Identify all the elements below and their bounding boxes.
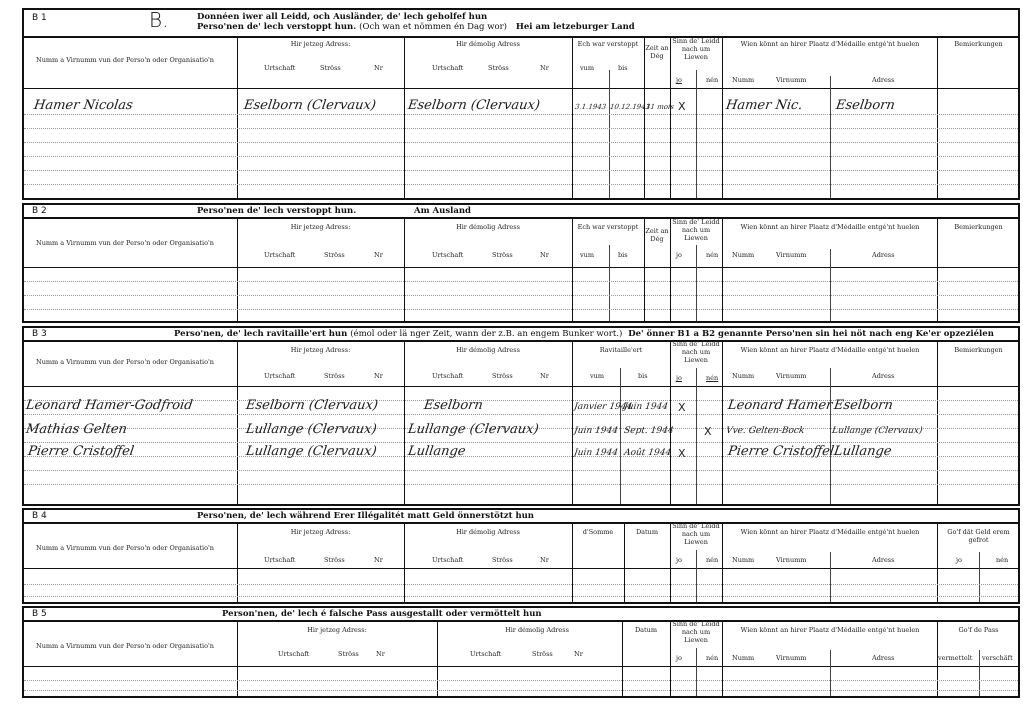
header-period: Ech war verstoppt [572,40,644,48]
title-text: Perso'nen, de' lech ravitaille'ert hun [174,329,347,339]
ruled-line [24,690,1018,691]
section-b3: B 3 Perso'nen, de' lech ravitaille'ert h… [22,326,1020,506]
entry-medal-address: Lullange [833,444,893,459]
ruled-line [24,680,1018,681]
header-nr: Nr [540,64,549,72]
header-vum: vum [580,251,594,259]
entry-medal-name: Leonard Hamer [727,398,833,413]
divider [670,36,671,198]
divider [622,620,623,696]
title-note: (Och wan et nömmen én Dag wor) [359,22,507,32]
ruled-line [24,414,1018,415]
divider [644,36,645,198]
header-nen: nén [706,654,718,662]
entry-former-address: Eselborn (Clervaux) [407,98,541,113]
header-medal: Wien könnt an hirer Plaatz d'Médaille en… [724,528,936,536]
header-urtschaft: Urtschaft [432,64,463,72]
divider [722,36,723,198]
divider [572,340,573,504]
header-nr: Nr [540,251,549,259]
entry-name: Hamer Nicolas [33,98,134,113]
divider [670,522,671,602]
header-bis: bis [618,251,628,259]
divider [722,620,723,696]
entry-current-address: Eselborn (Clervaux) [245,398,379,413]
entry-former-address: Lullange (Clervaux) [407,422,540,437]
section-code: B 2 [32,206,47,216]
entry-former-address: Lullange [407,444,467,459]
header-zeit: Zeit an Dég [645,44,669,60]
header-nr: Nr [374,556,383,564]
entry-alive-jo: X [678,401,686,414]
section-b4: B 4 Perso'nen, de' lech während Erer Ill… [22,508,1020,604]
section-code: B 4 [32,511,47,521]
header-former-address: Hir démolig Adress [404,346,572,354]
header-nen: nén [706,556,718,564]
divider [830,249,831,321]
header-vum: vum [590,372,604,380]
divider [24,568,1018,569]
header-jo: jo [676,251,682,259]
divider [937,217,938,321]
divider [624,522,625,602]
divider [696,648,697,696]
section-code: B 1 [32,13,47,23]
entry-medal-name: Pierre Cristoffel [727,444,835,459]
header-medal: Wien könnt an hirer Plaatz d'Médaille en… [724,346,936,354]
entry-medal-name: Hamer Nic. [725,98,804,113]
header-name: Numm a Virnumm vun der Perso'n oder Orga… [36,358,214,366]
header-virnumm: Virnumm [776,654,806,662]
header-urtschaft: Urtschaft [432,372,463,380]
header-current-address: Hir jetzeg Adress: [237,528,404,536]
header-virnumm: Virnumm [776,556,806,564]
divider [404,36,405,198]
title-location: Am Ausland [414,206,471,216]
header-alive: Sinn de' Leidd nach um Liewen [670,37,722,61]
header-bis: bis [618,64,628,72]
header-alive: Sinn de' Leidd nach um Liewen [670,522,722,546]
header-virnumm: Virnumm [776,251,806,259]
ruled-line [24,309,1018,310]
ruled-line [24,142,1018,143]
entry-former-address: Eselborn [423,398,484,413]
header-jo: jo [956,556,962,564]
header-remarks: Bemierkungen [937,346,1020,354]
header-nr: Nr [374,64,383,72]
header-vum: vum [580,64,594,72]
header-jo: jo [676,556,682,564]
header-stross: Ströss [324,251,345,259]
divider [979,552,980,602]
header-numm: Numm [732,556,754,564]
header-alive: Sinn de' Leidd nach um Liewen [670,340,722,364]
entry-medal-address: Lullange (Clervaux) [831,426,923,436]
header-nr: Nr [376,650,385,658]
header-nr: Nr [574,650,583,658]
header-nr: Nr [540,556,549,564]
header-adress: Adress [872,556,894,564]
header-nr: Nr [374,251,383,259]
divider [24,88,1018,89]
entry-bis: Juin 1944 [623,402,668,412]
entry-current-address: Eselborn (Clervaux) [243,98,377,113]
header-urtschaft: Urtschaft [264,372,295,380]
header-nr: Nr [540,372,549,380]
divider [572,36,573,198]
entry-bis: Sept. 1944 [623,426,674,436]
header-adress: Adress [872,251,894,259]
b2-header: Numm a Virnumm vun der Perso'n oder Orga… [24,217,1018,269]
header-medal: Wien könnt an hirer Plaatz d'Médaille en… [724,40,936,48]
header-urtschaft: Urtschaft [432,556,463,564]
header-medal: Wien könnt an hirer Plaatz d'Médaille en… [724,223,936,231]
header-zeit: Zeit an Dég [645,227,669,243]
entry-name: Leonard Hamer-Godfroid [25,398,194,413]
header-numm: Numm [732,372,754,380]
ruled-line [24,114,1018,115]
b4-header: Numm a Virnumm vun der Perso'n oder Orga… [24,522,1018,574]
header-name: Numm a Virnumm vun der Perso'n oder Orga… [36,239,214,247]
divider [937,36,938,198]
header-virnumm: Virnumm [776,76,806,84]
ruled-line [24,470,1018,471]
divider [644,217,645,321]
entry-current-address: Lullange (Clervaux) [245,444,378,459]
b1-header: Numm a Virnumm vun der Perso'n oder Orga… [24,36,1018,88]
header-nr: Nr [374,372,383,380]
entry-medal-address: Eselborn [833,398,894,413]
header-virnumm: Virnumm [776,372,806,380]
entry-alive-jo: X [678,447,686,460]
entry-vum: Juin 1944 [573,426,618,436]
header-former-address: Hir démolig Adress [404,528,572,536]
ruled-line [24,128,1018,129]
header-urtschaft: Urtschaft [264,251,295,259]
header-stross: Ströss [488,64,509,72]
divider [830,552,831,602]
divider [937,620,938,696]
divider [937,340,938,504]
header-pass: Go'f de Pass [937,626,1020,634]
divider [237,620,238,696]
divider [830,76,831,198]
entry-current-address: Lullange (Clervaux) [245,422,378,437]
ruled-line [24,184,1018,185]
section-code: B 3 [32,329,47,339]
header-alive: Sinn de' Leidd nach um Liewen [670,620,722,644]
section-title: Perso'nen de' lech verstoppt hun. [197,206,356,216]
header-sum: d'Somme [572,528,624,536]
section-b1-title-row: B 1 B. Donnéen iwer all Leidd, och Auslä… [24,10,1018,38]
entry-vum: 3.1.1943 [574,103,606,111]
b3-header: Numm a Virnumm vun der Perso'n oder Orga… [24,340,1018,386]
header-nen: nén [706,374,718,382]
header-current-address: Hir jetzeg Adress: [237,223,404,231]
divider [24,267,1018,268]
header-urtschaft: Urtschaft [432,251,463,259]
header-current-address: Hir jetzeg Adress: [237,626,437,634]
entry-vum: Juin 1944 [573,448,618,458]
header-remarks: Bemierkungen [937,223,1020,231]
section-title: Perso'nen, de' lech ravitaille'ert hun (… [174,329,994,339]
header-urtschaft: Urtschaft [264,556,295,564]
divider [404,340,405,504]
header-stross: Ströss [492,251,513,259]
header-numm: Numm [732,251,754,259]
entry-alive-nen: X [704,425,712,438]
divider [437,620,438,696]
header-jo: jo [676,374,682,382]
header-stross: Ströss [492,372,513,380]
divider [722,217,723,321]
header-urtschaft: Urtschaft [264,64,295,72]
title-line2-text: Perso'nen de' lech verstoppt hun. [197,22,356,32]
header-alive: Sinn de' Leidd nach um Liewen [670,218,722,242]
header-stross: Ströss [492,556,513,564]
divider [670,620,671,696]
header-bis: bis [638,372,648,380]
ruled-line [24,295,1018,296]
ruled-line [24,156,1018,157]
section-title: Perso'nen, de' lech während Erer Illégal… [197,511,534,521]
header-nen: nén [706,251,718,259]
title-note: (émol oder lä nger Zeit, wann der z.B. a… [350,329,622,339]
divider [404,217,405,321]
divider [404,522,405,602]
entry-bis: Août 1944 [623,448,672,458]
entry-medal-address: Eselborn [835,98,896,113]
divider [572,522,573,602]
header-nen: nén [996,556,1008,564]
header-stross: Ströss [324,372,345,380]
header-period: Ravitaille'ert [572,346,670,354]
entry-name: Pierre Cristoffel [27,444,135,459]
ruled-line [24,170,1018,171]
header-name: Numm a Virnumm vun der Perso'n oder Orga… [36,642,214,650]
header-nen: nén [706,76,718,84]
header-former-address: Hir démolig Adress [404,40,572,48]
header-verschaft: verschäft [982,654,1013,662]
divider [670,217,671,321]
header-name: Numm a Virnumm vun der Perso'n oder Orga… [36,56,214,64]
divider [237,522,238,602]
header-medal: Wien könnt an hirer Plaatz d'Médaille en… [724,626,936,634]
header-current-address: Hir jetzeg Adress: [237,40,404,48]
header-numm: Numm [732,654,754,662]
divider [24,386,1018,387]
title-extra: De' önner B1 a B2 genannte Perso'nen sin… [628,329,994,339]
header-adress: Adress [872,654,894,662]
entry-medal-name: Vve. Gelten-Bock [725,426,805,436]
divider [24,666,1018,667]
entry-alive-jo: X [678,100,686,113]
header-urtschaft: Urtschaft [470,650,501,658]
header-current-address: Hir jetzeg Adress: [237,346,404,354]
divider [722,522,723,602]
header-former-address: Hir démolig Adress [437,626,637,634]
ruled-line [24,584,1018,585]
header-urtschaft: Urtschaft [278,650,309,658]
header-adress: Adress [872,372,894,380]
header-datum: Datum [624,528,670,536]
divider [696,550,697,602]
title-location: Hei am letzeburger Land [516,22,635,32]
header-adress: Adress [872,76,894,84]
header-name: Numm a Virnumm vun der Perso'n oder Orga… [36,544,214,552]
ruled-line [24,281,1018,282]
header-vermettelt: vermettelt [938,654,972,662]
entry-name: Mathias Gelten [25,422,128,437]
form-letter: B. [149,8,168,32]
b5-header: Numm a Virnumm vun der Perso'n oder Orga… [24,620,1018,672]
divider [722,340,723,504]
divider [237,340,238,504]
divider [696,70,697,198]
header-numm: Numm [732,76,754,84]
ruled-line [24,596,1018,597]
header-period: Ech war verstoppt [572,223,644,231]
header-money-asked: Go'f dät Geld erem gefrot [937,528,1020,544]
divider [937,522,938,602]
ruled-line [24,484,1018,485]
ruled-line [24,442,1018,443]
section-title: Person'nen, de' lech é falsche Pass ausg… [222,609,542,619]
header-former-address: Hir démolig Adress [404,223,572,231]
header-remarks: Bemierkungen [937,40,1020,48]
divider [237,217,238,321]
section-title-line1: Donnéen iwer all Leidd, och Ausländer, d… [197,12,487,22]
header-datum: Datum [622,626,670,634]
header-jo: jo [676,76,682,84]
header-stross: Ströss [338,650,359,658]
divider [237,36,238,198]
section-b5: B 5 Person'nen, de' lech é falsche Pass … [22,606,1020,698]
header-stross: Ströss [532,650,553,658]
header-stross: Ströss [320,64,341,72]
section-title-line2: Perso'nen de' lech verstoppt hun. (Och w… [197,22,635,32]
section-code: B 5 [32,609,47,619]
section-b1: B 1 B. Donnéen iwer all Leidd, och Auslä… [22,8,1020,200]
entry-zeit: 11 mois [645,103,674,111]
divider [670,340,671,504]
divider [572,217,573,321]
divider [609,70,610,198]
header-jo: jo [676,654,682,662]
section-b2: B 2 Perso'nen de' lech verstoppt hun. Am… [22,203,1020,323]
header-stross: Ströss [324,556,345,564]
